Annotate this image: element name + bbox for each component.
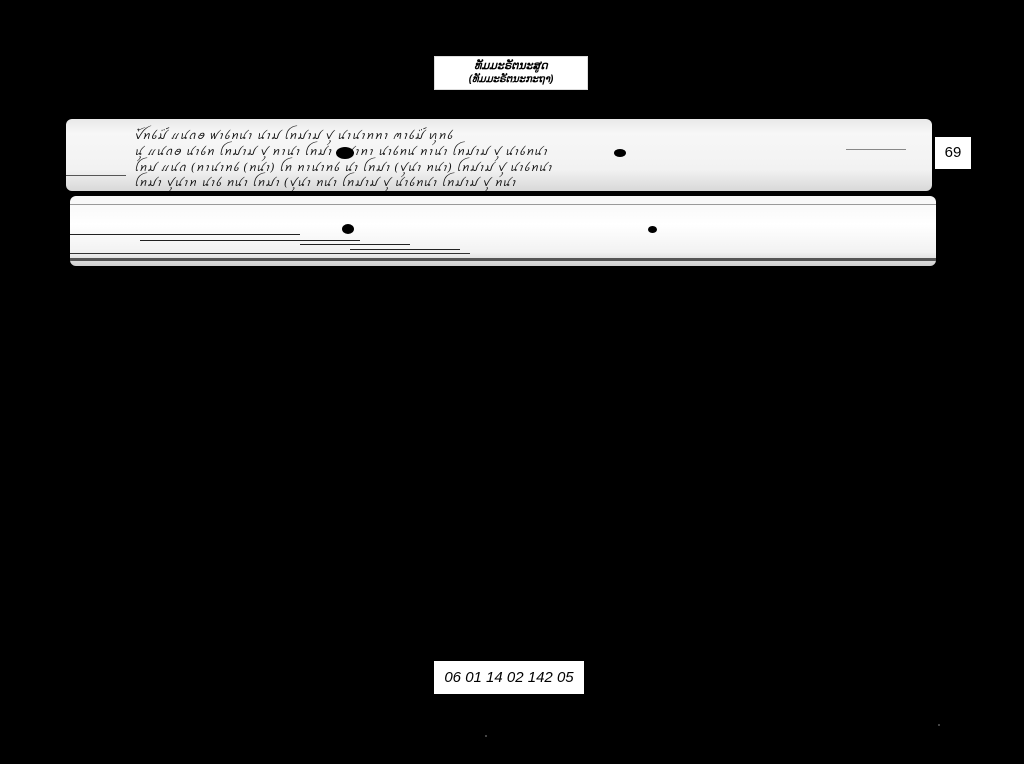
edge-streak bbox=[846, 149, 906, 150]
binding-hole-right bbox=[614, 149, 626, 157]
dust-speck bbox=[485, 735, 487, 737]
scratch-line bbox=[300, 244, 410, 245]
palm-leaf-inscribed: ꪜꪳꪀꪉꪣꪾ ꪵꪙꪒꪮ ꪝꪱꪉꪀꪙꪱ ꪙꪱꪣ ꪶꪀꪣꪱꪣ ꪚꪴ ꪙꪱꪙꪱꪀꪀꪱ … bbox=[66, 119, 932, 191]
bottom-edge-shadow bbox=[70, 258, 936, 261]
binding-hole-right bbox=[648, 226, 657, 233]
edge-streak bbox=[66, 175, 126, 176]
page-number-label: 69 bbox=[935, 137, 971, 169]
manuscript-title-label: ທັມມະຣັຕນະສູດ (ທັມມະຣັຕນະກະຖາ) bbox=[434, 56, 588, 90]
title-line-2: (ທັມມະຣັຕນະກະຖາ) bbox=[435, 73, 587, 86]
dust-speck bbox=[938, 724, 940, 726]
binding-hole-left bbox=[336, 147, 354, 159]
script-line-1: ꪜꪳꪀꪉꪣꪾ ꪵꪙꪒꪮ ꪝꪱꪉꪀꪙꪱ ꪙꪱꪣ ꪶꪀꪣꪱꪣ ꪚꪴ ꪙꪱꪙꪱꪀꪀꪱ … bbox=[134, 124, 453, 134]
title-line-1: ທັມມະຣັຕນະສູດ bbox=[435, 60, 587, 73]
scratch-line bbox=[350, 249, 460, 250]
script-line-4: ꪶꪀꪣꪱ ꪚꪴꪙꪱꪀ ꪙꪱꪉ ꪀꪙꪱ ꪶꪀꪣꪱ (ꪚꪴꪙꪱ ꪀꪙꪱ ꪶꪀꪣꪱꪣ … bbox=[134, 171, 516, 181]
archive-code-label: 06 01 14 02 142 05 bbox=[434, 661, 584, 694]
top-edge-line bbox=[70, 204, 936, 205]
scratch-line bbox=[70, 253, 470, 254]
palm-leaf-blank bbox=[70, 196, 936, 266]
scratch-line bbox=[70, 234, 300, 235]
scratch-line bbox=[140, 240, 360, 241]
binding-hole-left bbox=[342, 224, 354, 234]
